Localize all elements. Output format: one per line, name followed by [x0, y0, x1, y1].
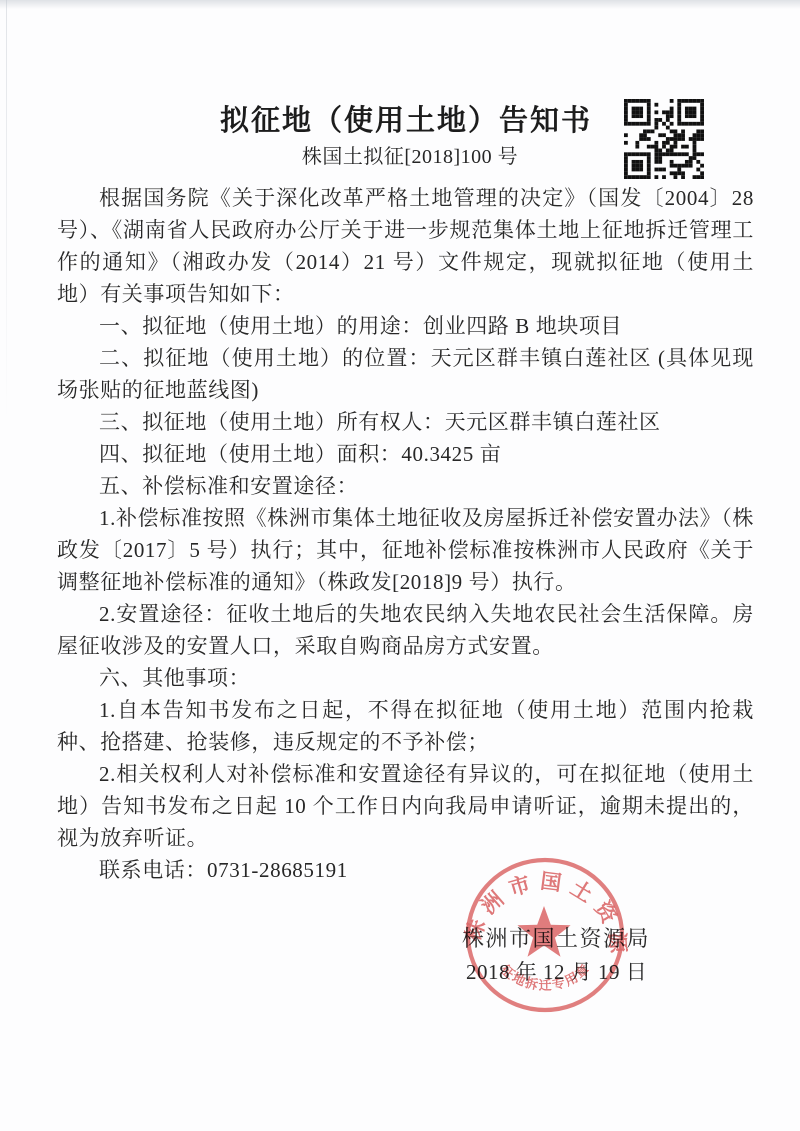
- body-paragraph: 2.相关权利人对补偿标准和安置途径有异议的，可在拟征地（使用土地）告知书发布之日…: [57, 758, 754, 854]
- official-seal: 株洲市国土资源局 征地拆迁专用章: [464, 856, 628, 1014]
- body-paragraph: 三、拟征地（使用土地）所有权人：天元区群丰镇白莲社区: [57, 406, 754, 438]
- seal-bottom-text: 征地拆迁专用章: [498, 961, 593, 993]
- body-paragraph: 1.自本告知书发布之日起，不得在拟征地（使用土地）范围内抢栽种、抢搭建、抢装修，…: [57, 694, 754, 758]
- body-paragraph: 五、补偿标准和安置途径：: [57, 470, 754, 502]
- body-paragraph: 二、拟征地（使用土地）的位置：天元区群丰镇白莲社区 (具体见现场张贴的征地蓝线图…: [57, 342, 754, 406]
- body-paragraph: 联系电话：0731-28685191: [57, 854, 754, 886]
- body-paragraph: 2.安置途径：征收土地后的失地农民纳入失地农民社会生活保障。房屋征收涉及的安置人…: [57, 598, 754, 662]
- document-page: 拟征地（使用土地）告知书 株国土拟征[2018]100 号 根据国务院《关于深化…: [0, 0, 800, 1131]
- star-icon: [517, 906, 570, 957]
- svg-text:征地拆迁专用章: 征地拆迁专用章: [498, 961, 593, 993]
- document-body: 根据国务院《关于深化改革严格土地管理的决定》（国发〔2004〕28 号）、《湖南…: [57, 182, 754, 886]
- scan-artifact-top: [0, 0, 800, 9]
- body-paragraph: 四、拟征地（使用土地）面积：40.3425 亩: [57, 438, 754, 470]
- body-paragraph: 根据国务院《关于深化改革严格土地管理的决定》（国发〔2004〕28 号）、《湖南…: [57, 182, 754, 310]
- scan-artifact-left: [6, 0, 7, 420]
- body-paragraph: 六、其他事项：: [57, 662, 754, 694]
- qr-code-icon: [624, 99, 704, 179]
- body-paragraph: 1.补偿标准按照《株洲市集体土地征收及房屋拆迁补偿安置办法》（株政发〔2017〕…: [57, 502, 754, 598]
- body-paragraph: 一、拟征地（使用土地）的用途：创业四路 B 地块项目: [57, 310, 754, 342]
